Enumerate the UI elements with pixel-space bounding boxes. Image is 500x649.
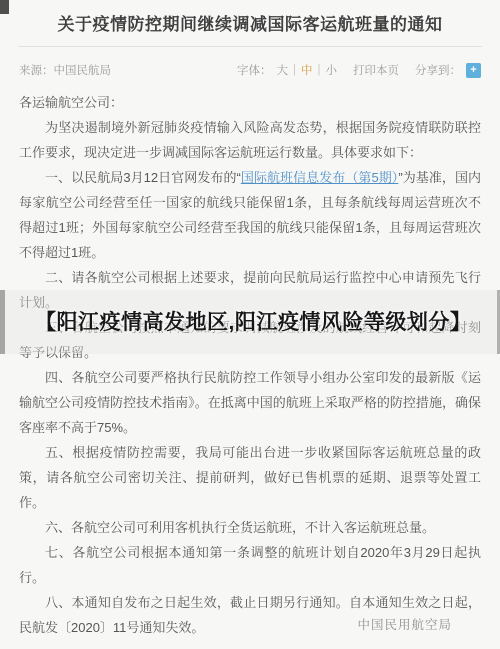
scan-corner-artifact: [0, 0, 9, 14]
item-4-paragraph: 四、各航空公司要严格执行民航防控工作领导小组办公室印发的最新版《运输航空公司疫情…: [19, 365, 481, 440]
salutation: 各运输航空公司：: [19, 90, 481, 115]
page-title: 关于疫情防控期间继续调减国际客运航班量的通知: [0, 0, 500, 46]
meta-tools: 字体： 大 | 中 | 小 打印本页 分享到： +: [237, 62, 481, 78]
item-3-paragraph: 三、各航空公司按照本通知的要求调减航班涉及的航线经营许可和起降时刻等予以保留。: [19, 315, 481, 365]
print-page-button[interactable]: 打印本页: [353, 62, 399, 78]
item-5-paragraph: 五、根据疫情防控需要，我局可能出台进一步收紧国际客运航班总量的政策，请各航空公司…: [19, 440, 481, 515]
flight-info-release-link[interactable]: 国际航班信息发布（第5期）: [241, 170, 399, 185]
separator: |: [318, 64, 321, 76]
item-1-paragraph: 一、以民航局3月12日官网发布的“国际航班信息发布（第5期）”为基准，国内每家航…: [19, 165, 481, 265]
separator: |: [293, 64, 296, 76]
font-label: 字体：: [237, 62, 272, 78]
item-6-paragraph: 六、各航空公司可利用客机执行全货运航班，不计入客运航班总量。: [19, 515, 481, 540]
intro-paragraph: 为坚决遏制境外新冠肺炎疫情输入风险高发态势，根据国务院疫情联防联控工作要求，现决…: [19, 115, 481, 165]
notice-page: 关于疫情防控期间继续调减国际客运航班量的通知 来源：中国民航局 字体： 大 | …: [0, 0, 500, 649]
source-label: 来源：中国民航局: [19, 62, 111, 78]
caption-band-left-edge: [0, 290, 5, 354]
share-controls: 分享到： +: [415, 62, 481, 78]
article-meta-bar: 来源：中国民航局 字体： 大 | 中 | 小 打印本页 分享到： +: [0, 62, 500, 78]
font-size-medium-button[interactable]: 中: [301, 62, 313, 78]
share-plus-icon[interactable]: +: [466, 63, 481, 78]
issuer-signature: 中国民用航空局: [357, 615, 452, 633]
item-1-text-before: 一、以民航局3月12日官网发布的“: [45, 170, 241, 185]
font-size-large-button[interactable]: 大: [277, 62, 289, 78]
font-size-controls: 字体： 大 | 中 | 小: [237, 62, 337, 78]
share-label: 分享到：: [415, 62, 461, 78]
item-2-paragraph: 二、请各航空公司根据上述要求，提前向民航局运行监控中心申请预先飞行计划。: [19, 265, 481, 315]
notice-body: 各运输航空公司： 为坚决遏制境外新冠肺炎疫情输入风险高发态势，根据国务院疫情联防…: [0, 86, 500, 640]
font-size-small-button[interactable]: 小: [326, 62, 338, 78]
title-divider: [18, 46, 482, 47]
item-7-paragraph: 七、各航空公司根据本通知第一条调整的航班计划自2020年3月29日起执行。: [19, 540, 481, 590]
